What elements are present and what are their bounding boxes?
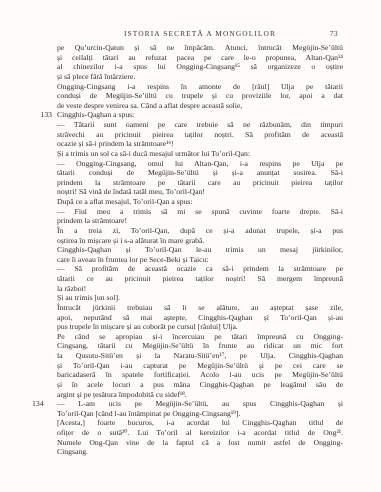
body-line: prindem la strâmtoare pe tătarii care au… — [57, 178, 343, 188]
body-line-text: la Qusutu-Sitü’en și la Naratu-Sitü’en¹⁷… — [57, 351, 343, 360]
body-line-text: prindem la strâmtoare pe tătarii care au… — [57, 178, 343, 187]
body-line: prindem la strâmtoare! — [57, 216, 343, 226]
body-line: al chinezilor i-a spus lui Ongging-Cings… — [57, 62, 343, 72]
body-line: Ongging-Cingsang i-a respins în amonte d… — [57, 82, 343, 92]
body-line-text: care îi aveau în fruntea lor pe Sece-Bek… — [57, 255, 209, 264]
body-line: și To’oril-Qan i-au capturat pe Megüjin-… — [57, 361, 343, 371]
body-line-text: ofițer de o sută²⁰. Lui To’oril al kerei… — [57, 428, 343, 437]
body-line-text: Întrucât jürkinii trebuiau să li se alăt… — [57, 303, 343, 312]
body-line: tătarii ce au pricinuit pieirea taților … — [57, 274, 343, 284]
body-line: ofițer de o sută²⁰. Lui To’oril al kerei… — [57, 428, 343, 438]
body-line-text: tătarii conduși de Megüjin-Se’ültü și și… — [57, 168, 343, 177]
body-line: argint și pe țesătura împodobită cu side… — [57, 390, 343, 400]
body-line-text: Cingghis-Qaghan și To’oril-Qan le-au tri… — [57, 245, 343, 254]
body-line: pus trupele în mișcare și au coborât pe … — [57, 322, 343, 332]
body-line: Întrucât jürkinii trebuiau să li se alăt… — [57, 303, 343, 313]
body-line: Cingsang. — [57, 447, 343, 457]
body-line-text: conduși de Megüjin-Se’ültü cu trupele și… — [57, 91, 343, 100]
body-line: pe Qu’urcin-Qatun și să ne împăcăm. Atun… — [57, 43, 343, 53]
body-line: — Ongging-Cingsang, omul lui Altan-Qan, … — [57, 159, 343, 169]
body-line-text: Cingghis-Qaghan a spus: — [57, 110, 134, 119]
body-line: care îi aveau în fruntea lor pe Sece-Bek… — [57, 255, 343, 265]
body-line-text: străvechi au pricinuit pieirea taților n… — [57, 130, 343, 139]
body-line-text: — Fiul meu a trimis să mi se spună cuvin… — [57, 207, 343, 216]
body-line-text: oștirea în mișcare și i s-a alăturat în … — [57, 236, 204, 245]
body-line: To’oril-Qan [când l-au întâmpinat pe Ong… — [57, 409, 343, 419]
section-number: 133 — [32, 110, 52, 120]
body-line: noștri! Să vină de îndată tatăl meu, To’… — [57, 187, 343, 197]
body-line: străvechi au pricinuit pieirea taților n… — [57, 130, 343, 140]
body-line-text: To’oril-Qan [când l-au întâmpinat pe Ong… — [57, 409, 240, 418]
body-line: apoi, neputând să mai aștepte, Cingghis-… — [57, 313, 343, 323]
body-line-text: Cingsang, tătarii cu Megüjin-Se’ültü în … — [57, 341, 343, 350]
body-line: 134— L-am ucis pe Megüjin-Se’ültü, au sp… — [57, 399, 343, 409]
body-line: de veste despre venirea sa. Când a aflat… — [57, 101, 343, 111]
body-line-text: Ongging-Cingsang i-a respins în amonte d… — [57, 82, 343, 91]
body-line-text: și ceilalți tătari au refuzat pacea pe c… — [57, 53, 343, 62]
body-line: În a treia zi, To’oril-Qan, după ce și-a… — [57, 226, 343, 236]
body-line-text: la război! — [57, 284, 86, 293]
body-line-text: — L-am ucis pe Megüjin-Se’ültü, au spus … — [57, 399, 343, 408]
body-line: la Qusutu-Sitü’en și la Naratu-Sitü’en¹⁷… — [57, 351, 343, 361]
body-line: Și a trimis un sol ca să-i ducă mesajul … — [57, 149, 343, 159]
book-page: 73 ISTORIA SECRETĂ A MONGOLILOR pe Qu’ur… — [0, 0, 381, 492]
body-line-text: ocazie și să-i prindem la strâmtoare¹⁶! — [57, 139, 174, 148]
body-line: 133Cingghis-Qaghan a spus: — [57, 110, 343, 120]
body-line-text: [Acesta,] foarte bucuros, i-a acordat lu… — [57, 418, 343, 427]
body-line: — Să profităm de această ocazie ca să-i … — [57, 264, 343, 274]
body-line-text: În a treia zi, To’oril-Qan, după ce și-a… — [57, 226, 343, 235]
body-line-text: de veste despre venirea sa. Când a aflat… — [57, 101, 242, 110]
body-line-text: tătarii ce au pricinuit pieirea taților … — [57, 274, 343, 283]
body-line: ocazie și să-i prindem la strâmtoare¹⁶! — [57, 139, 343, 149]
body-line: conduși de Megüjin-Se’ültü cu trupele și… — [57, 91, 343, 101]
body-line: și ceilalți tătari au refuzat pacea pe c… — [57, 53, 343, 63]
running-header-title: ISTORIA SECRETĂ A MONGOLILOR — [57, 28, 343, 39]
page-number: 73 — [330, 28, 338, 39]
section-number: 134 — [32, 399, 52, 409]
body-line-text: — Să profităm de această ocazie ca să-i … — [57, 264, 343, 273]
body-line-text: Cingsang. — [57, 447, 88, 456]
body-line: — Tătarii sunt oameni pe care trebuie să… — [57, 120, 343, 130]
body-line-text: pe Qu’urcin-Qatun și să ne împăcăm. Atun… — [57, 43, 343, 52]
body-line: [Acesta,] foarte bucuros, i-a acordat lu… — [57, 418, 343, 428]
body-line: și în acele locuri a pus mâna Cingghis-Q… — [57, 380, 343, 390]
body-line-text: și To’oril-Qan i-au capturat pe Megüjin-… — [57, 361, 343, 370]
body-line-text: — Tătarii sunt oameni pe care trebuie să… — [57, 120, 343, 129]
body-line-text: și în acele locuri a pus mâna Cingghis-Q… — [57, 380, 343, 389]
body-line-text: Pe când se apropiau și-i încercuiau pe t… — [57, 332, 343, 341]
body-line: După ce a aflat mesajul, To’oril-Qan a s… — [57, 197, 343, 207]
body-line-text: pus trupele în mișcare și au coborât pe … — [57, 322, 238, 331]
body-line: Numele Ong-Qan vine de la faptul că a fo… — [57, 438, 343, 448]
body-line-text: Și au trimis [un sol]. — [57, 293, 120, 302]
body-line: Pe când se apropiau și-i încercuiau pe t… — [57, 332, 343, 342]
body-line: tătarii conduși de Megüjin-Se’ültü și și… — [57, 168, 343, 178]
body-line-text: noștri! Să vină de îndată tatăl meu, To’… — [57, 187, 205, 196]
body-line-text: prindem la strâmtoare! — [57, 216, 127, 225]
running-header: 73 ISTORIA SECRETĂ A MONGOLILOR — [57, 28, 343, 39]
body-text: pe Qu’urcin-Qatun și să ne împăcăm. Atun… — [57, 43, 343, 457]
body-line-text: Numele Ong-Qan vine de la faptul că a fo… — [57, 438, 343, 447]
body-line: Și au trimis [un sol]. — [57, 293, 343, 303]
body-line-text: argint și pe țesătura împodobită cu side… — [57, 390, 187, 399]
body-line-text: al chinezilor i-a spus lui Ongging-Cings… — [57, 62, 343, 71]
body-line-text: Și a trimis un sol ca să-i ducă mesajul … — [57, 149, 250, 158]
body-line: Cingghis-Qaghan și To’oril-Qan le-au tri… — [57, 245, 343, 255]
body-line: baricadaseră în spatele fortificației. A… — [57, 370, 343, 380]
body-line: și să plece fără întârziere. — [57, 72, 343, 82]
body-line-text: — Ongging-Cingsang, omul lui Altan-Qan, … — [57, 159, 343, 168]
body-line: Cingsang, tătarii cu Megüjin-Se’ültü în … — [57, 341, 343, 351]
body-line-text: După ce a aflat mesajul, To’oril-Qan a s… — [57, 197, 193, 206]
body-line-text: apoi, neputând să mai aștepte, Cingghis-… — [57, 313, 343, 322]
body-line-text: baricadaseră în spatele fortificației. A… — [57, 370, 343, 379]
body-line: — Fiul meu a trimis să mi se spună cuvin… — [57, 207, 343, 217]
body-line-text: și să plece fără întârziere. — [57, 72, 135, 81]
body-line: la război! — [57, 284, 343, 294]
body-line: oștirea în mișcare și i s-a alăturat în … — [57, 236, 343, 246]
